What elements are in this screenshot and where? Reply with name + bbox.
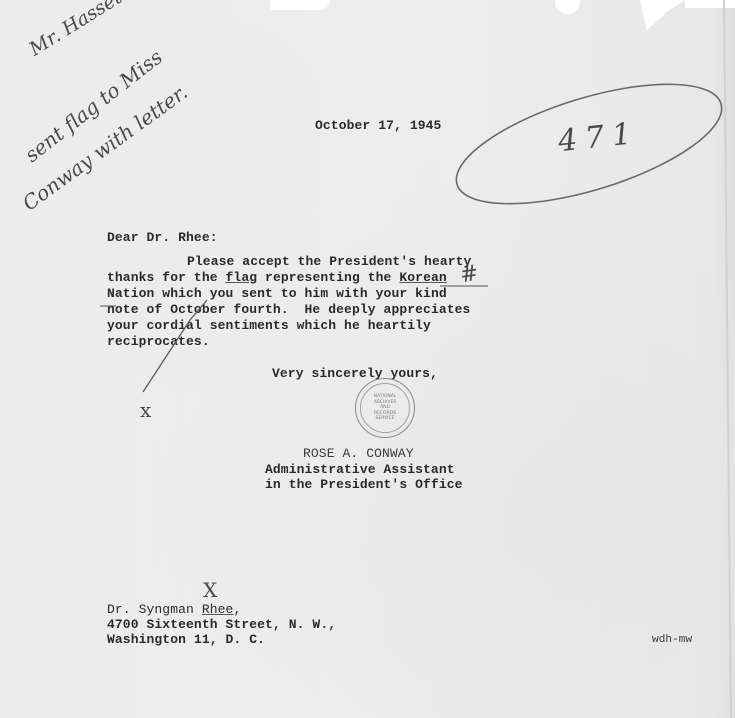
margin-hash-mark: # bbox=[458, 261, 480, 288]
body-text: your cordial sentiments which he heartil… bbox=[107, 318, 431, 333]
torn-edge bbox=[270, 0, 330, 10]
recipient-name-text: Dr. Syngman bbox=[107, 602, 202, 617]
body-text: note of October fourth. He deeply apprec… bbox=[107, 302, 470, 317]
body-text: reciprocates. bbox=[107, 334, 210, 349]
body-text: Nation which you sent to him with your k… bbox=[107, 286, 447, 301]
reference-initials: wdh-mw bbox=[652, 632, 692, 648]
signer-name: ROSE A. CONWAY bbox=[303, 446, 414, 462]
body-text: Please accept the President's hearty bbox=[187, 254, 471, 269]
letter-page: Mr. Hassett sent flag to Miss Conway wit… bbox=[0, 0, 735, 718]
body-text: representing the bbox=[257, 270, 399, 285]
torn-edge bbox=[640, 0, 685, 30]
recipient-name-text: , bbox=[233, 602, 241, 617]
closing: Very sincerely yours, bbox=[272, 366, 438, 382]
recipient-address-line1: 4700 Sixteenth Street, N. W., bbox=[107, 617, 336, 633]
body-line: Please accept the President's hearty bbox=[187, 254, 471, 270]
body-line: your cordial sentiments which he heartil… bbox=[107, 318, 431, 334]
salutation: Dear Dr. Rhee: bbox=[107, 230, 218, 246]
underlined-korean: Korean bbox=[399, 270, 446, 285]
recipient-address-line2: Washington 11, D. C. bbox=[107, 632, 265, 648]
letter-date: October 17, 1945 bbox=[315, 118, 441, 134]
signer-office: in the President's Office bbox=[265, 477, 463, 493]
pencil-x-mark: x bbox=[140, 398, 151, 422]
body-line: thanks for the flag representing the Kor… bbox=[107, 270, 447, 286]
stamp-ring bbox=[360, 383, 410, 433]
body-line: Nation which you sent to him with your k… bbox=[107, 286, 447, 302]
signer-title: Administrative Assistant bbox=[265, 462, 455, 478]
underlined-flag: flag bbox=[226, 270, 258, 285]
recipient-surname: Rhee bbox=[202, 602, 234, 617]
file-number: 471 bbox=[556, 116, 640, 159]
torn-edge bbox=[555, 0, 580, 14]
body-line: note of October fourth. He deeply apprec… bbox=[107, 302, 470, 318]
handwritten-note: Mr. Hassett bbox=[8, 0, 135, 73]
body-text: thanks for the bbox=[107, 270, 226, 285]
body-line: reciprocates. bbox=[107, 334, 210, 350]
handwritten-note-line: Mr. Hassett bbox=[8, 0, 135, 73]
torn-edge bbox=[685, 0, 735, 8]
archive-stamp: NATIONAL ARCHIVES AND RECORDS SERVICE bbox=[355, 378, 415, 438]
recipient-name: Dr. Syngman Rhee, bbox=[107, 602, 241, 618]
recipient-x-mark: X bbox=[203, 578, 217, 602]
